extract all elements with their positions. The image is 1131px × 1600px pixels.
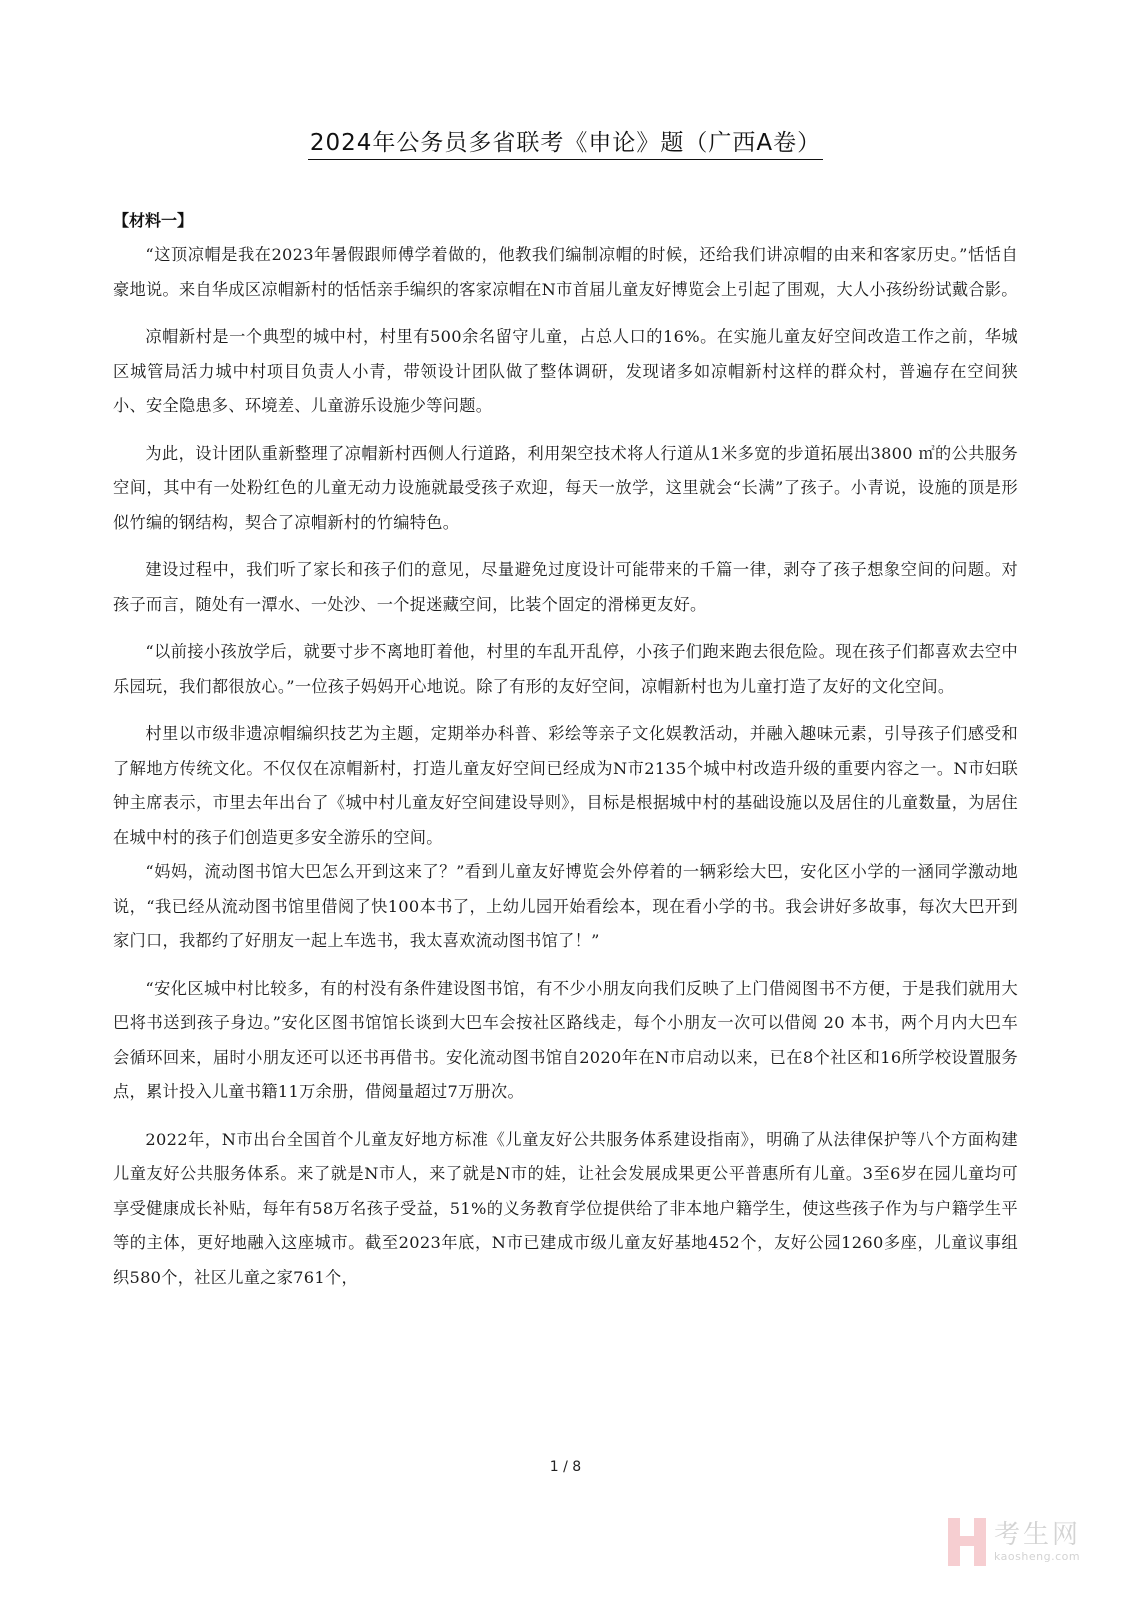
- section-heading: 【材料一】: [113, 208, 193, 231]
- paragraph: “以前接小孩放学后，就要寸步不离地盯着他，村里的车乱开乱停，小孩子们跑来跑去很危…: [113, 635, 1018, 704]
- document-body: “这顶凉帽是我在2023年暑假跟师傅学着做的，他教我们编制凉帽的时候，还给我们讲…: [113, 238, 1018, 1308]
- document-title-text: 2024年公务员多省联考《申论》题（广西A卷）: [308, 124, 823, 160]
- watermark-brand-cn: 考生网: [994, 1522, 1081, 1548]
- kaosheng-logo-icon: [948, 1518, 986, 1566]
- paragraph: “妈妈，流动图书馆大巴怎么开到这来了？”看到儿童友好博览会外停着的一辆彩绘大巴，…: [113, 855, 1018, 959]
- watermark-brand-en: kaosheng.com: [994, 1551, 1081, 1562]
- paragraph: 村里以市级非遗凉帽编织技艺为主题，定期举办科普、彩绘等亲子文化娱教活动，并融入趣…: [113, 717, 1018, 855]
- paragraph: “安化区城中村比较多，有的村没有条件建设图书馆，有不少小朋友向我们反映了上门借阅…: [113, 972, 1018, 1110]
- page-number: 1 / 8: [0, 1459, 1131, 1475]
- document-title: 2024年公务员多省联考《申论》题（广西A卷）: [0, 124, 1131, 160]
- watermark-text: 考生网 kaosheng.com: [994, 1522, 1081, 1562]
- paragraph: 为此，设计团队重新整理了凉帽新村西侧人行道路，利用架空技术将人行道从1米多宽的步…: [113, 437, 1018, 541]
- document-page: 2024年公务员多省联考《申论》题（广西A卷） 【材料一】 “这顶凉帽是我在20…: [0, 0, 1131, 1600]
- paragraph: “这顶凉帽是我在2023年暑假跟师傅学着做的，他教我们编制凉帽的时候，还给我们讲…: [113, 238, 1018, 307]
- paragraph: 建设过程中，我们听了家长和孩子们的意见，尽量避免过度设计可能带来的千篇一律，剥夺…: [113, 553, 1018, 622]
- paragraph: 凉帽新村是一个典型的城中村，村里有500余名留守儿童，占总人口的16%。在实施儿…: [113, 320, 1018, 424]
- watermark: 考生网 kaosheng.com: [948, 1518, 1081, 1566]
- paragraph: 2022年，N市出台全国首个儿童友好地方标准《儿童友好公共服务体系建设指南》，明…: [113, 1123, 1018, 1296]
